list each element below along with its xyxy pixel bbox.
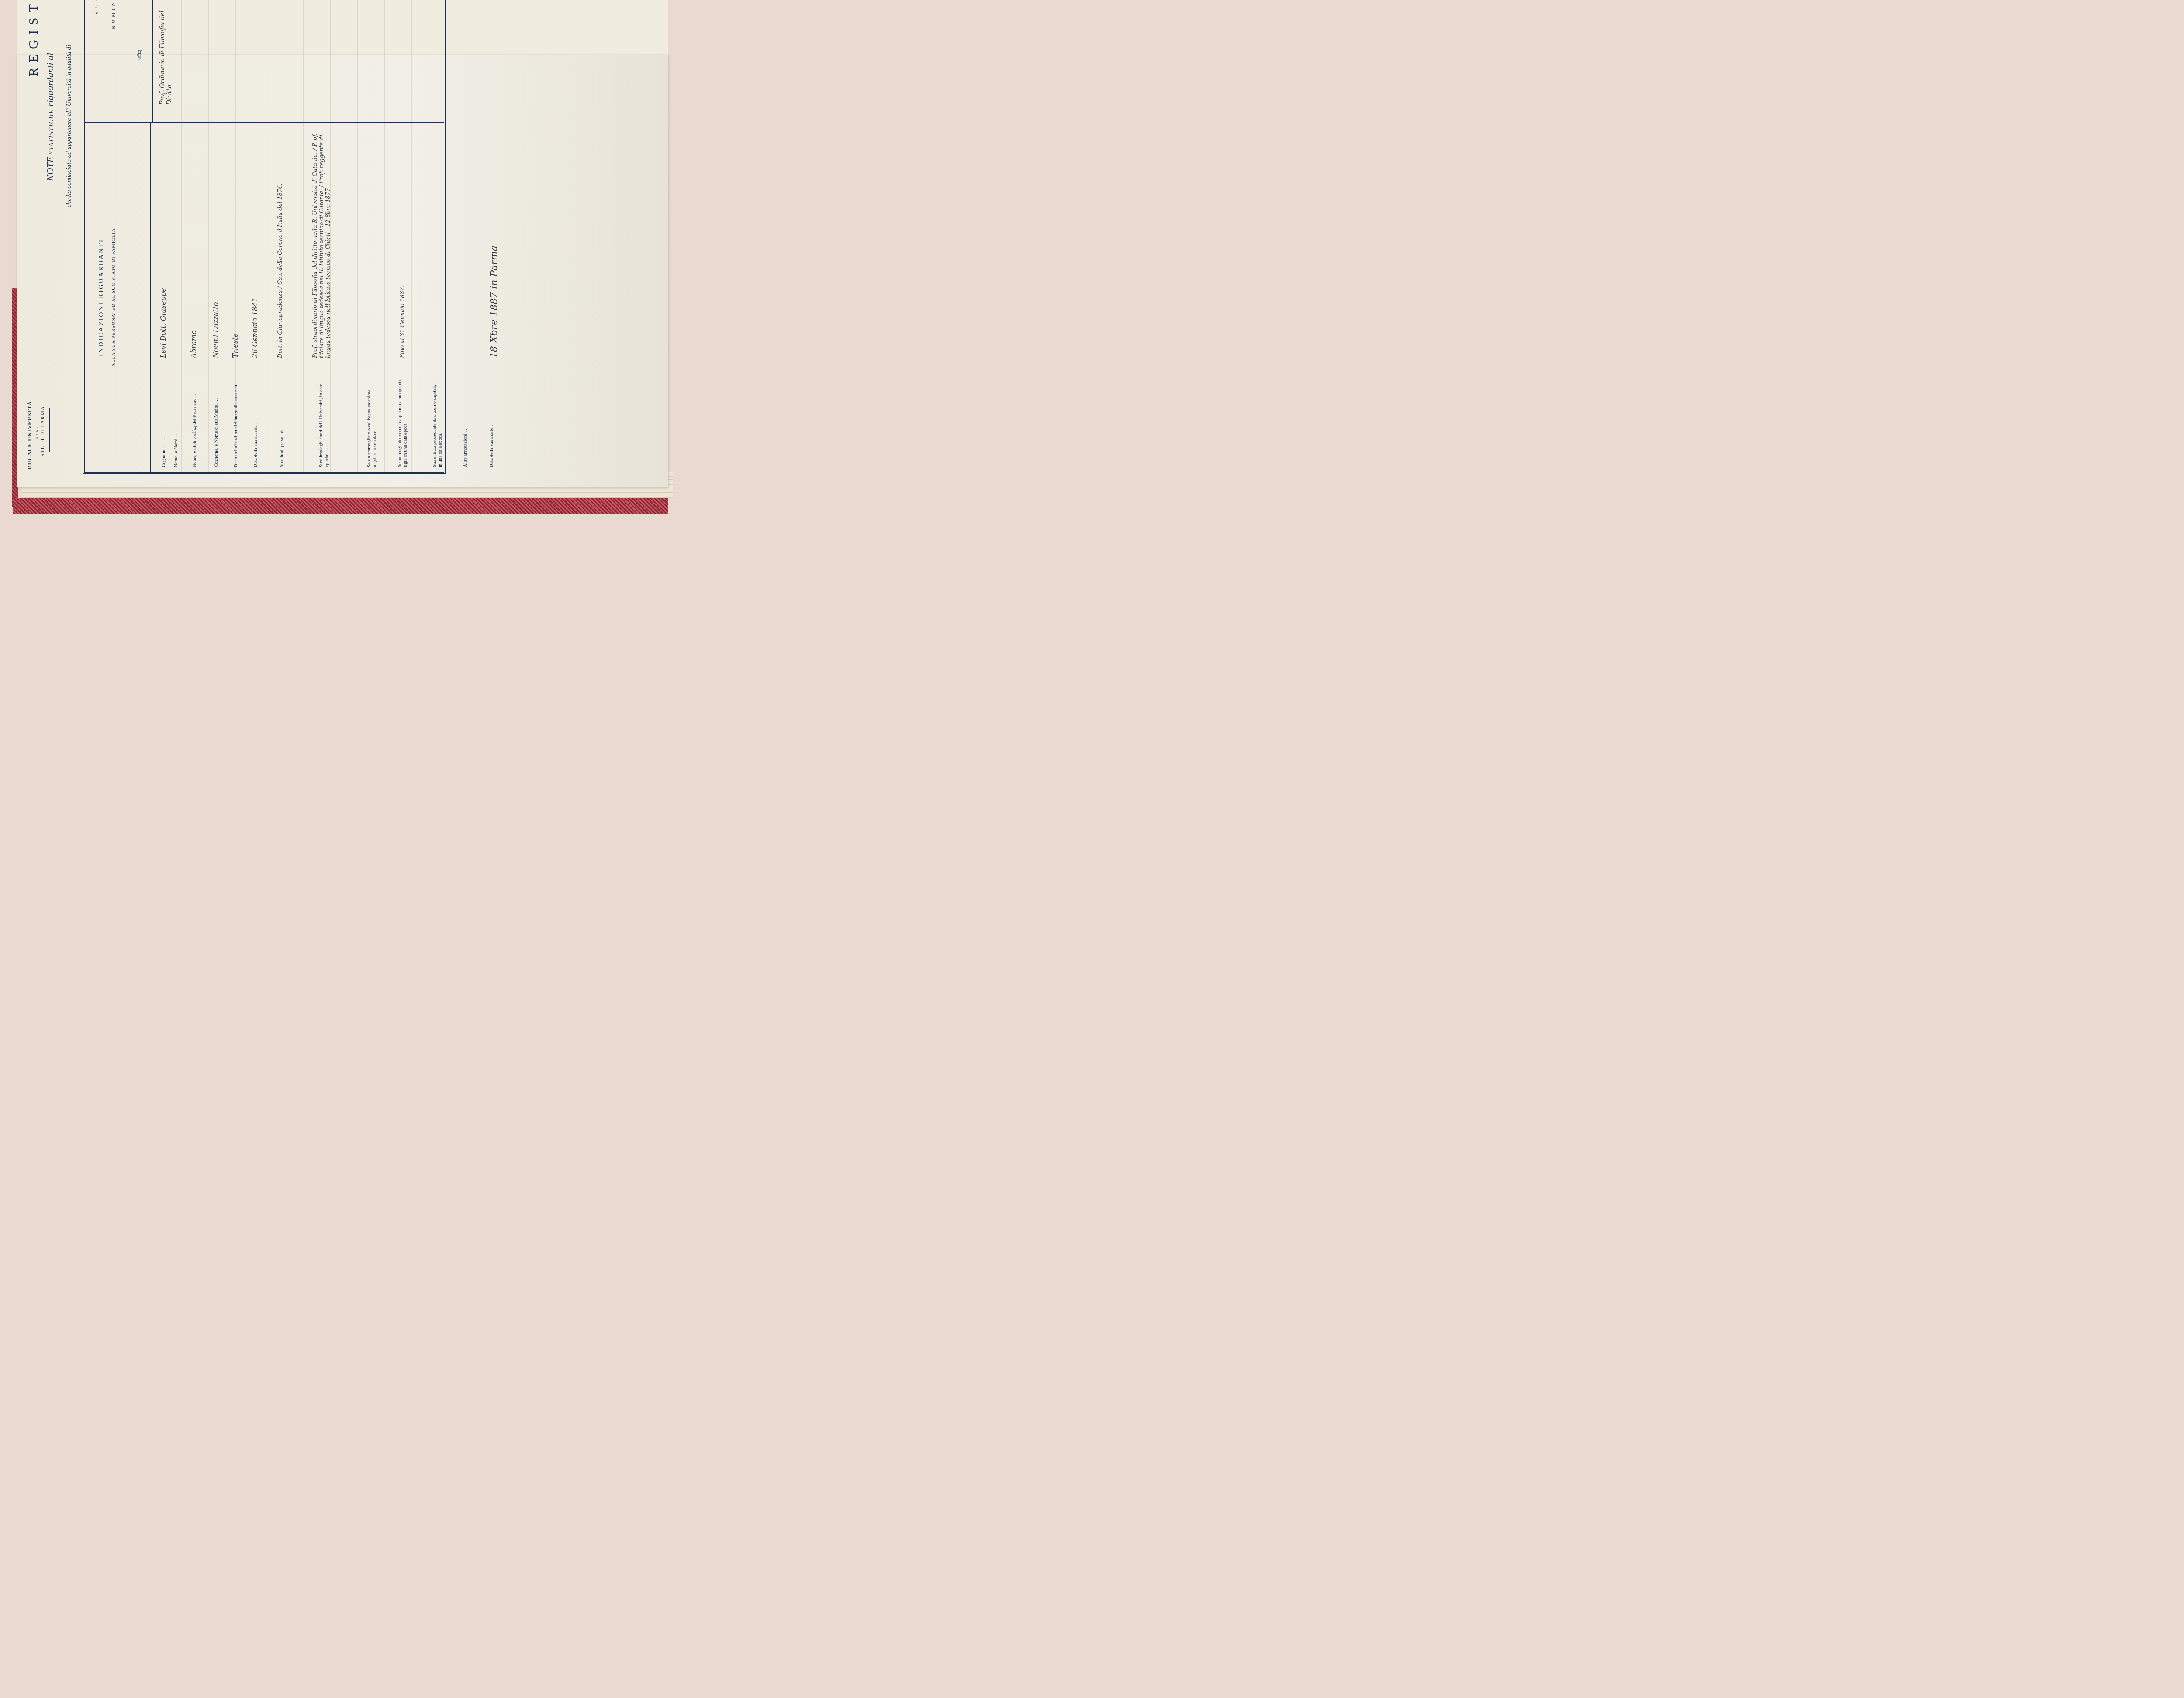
- label-entrata: Sua entrata procedente da stabili o capi…: [432, 380, 443, 467]
- value-titoli: Dott. in Giurisprudenza / Cav. della Cor…: [277, 131, 283, 358]
- value-luogo-nascita: Trieste: [231, 333, 239, 358]
- value-data-nascita: 26 Gennaio 1841: [251, 298, 259, 358]
- nomina-title: NOMINA AI MEDESIMI: [111, 0, 116, 109]
- label-morte: Data della sua morte .: [489, 425, 494, 467]
- register-form: DUCALE UNIVERSITÀ DEGLI STUDI DI PARMA R…: [17, 55, 668, 487]
- value-impieghi: Prof. straordinario di Filosofia del dir…: [312, 127, 332, 358]
- value-ammogliato: Fino al 31 Gennaio 1887.: [399, 286, 406, 358]
- entry-uffizj: Prof. Ordinario di Filosofia del Diritto: [159, 0, 173, 105]
- label-ammogliato: Se ammogliato, con chi / quando / con qu…: [397, 380, 408, 467]
- col-header-uffizj: Uffizj: [128, 0, 152, 109]
- note-prefix: NOTE: [45, 157, 55, 181]
- subtitle: che ha cominciato ad appartenere all' Un…: [66, 45, 73, 207]
- indicazioni-title: INDICAZIONI RIGUARDANTI: [98, 123, 105, 472]
- label-data-nascita: Data della sua nascita .: [253, 423, 259, 467]
- value-cognome: Levi Dott. Giuseppe: [159, 288, 167, 358]
- label-luogo-nascita: Distinta indicazione del luogo di sua na…: [233, 380, 239, 467]
- label-annotazioni: Altre annotazioni . .: [463, 429, 468, 467]
- value-padre: Abramo: [190, 330, 198, 358]
- label-stato-civile: Se sia ammogliato o celibe; se sacerdote…: [366, 380, 378, 467]
- section-rule: [150, 123, 151, 472]
- header-rule: [49, 408, 50, 452]
- indicazioni-section: INDICAZIONI RIGUARDANTI ALLA SUA PERSONA…: [85, 122, 444, 472]
- register-page: DUCALE UNIVERSITÀ DEGLI STUDI DI PARMA R…: [17, 55, 668, 487]
- institution-name: DUCALE UNIVERSITÀ: [26, 295, 33, 469]
- indicazioni-subtitle: ALLA SUA PERSONA' ED AL SUO STATO DI FAM…: [111, 123, 116, 472]
- note-small: STATISTICHE: [48, 109, 55, 155]
- note-suffix: riguardanti al: [45, 53, 55, 107]
- institution-city: STUDI DI PARMA: [40, 406, 45, 456]
- label-cognome: Cognome . . . . .: [161, 437, 167, 467]
- label-madre: Cognome, e Nome di sua Madre . . .: [214, 380, 219, 467]
- book-binding-cover: [13, 498, 668, 514]
- uffizi-header-rule: [152, 0, 153, 122]
- value-morte: 18 Xbre 1887 in Parma: [489, 245, 500, 358]
- label-titoli: Suoi titoli personali .: [279, 427, 285, 467]
- institution-degli: DEGLI: [35, 423, 38, 439]
- label-padre: Nome, e titoli o uffizj del Padre suo . …: [192, 380, 197, 467]
- note-heading: NOTE STATISTICHE riguardanti al: [45, 53, 56, 181]
- label-nome: Nome, o Nomi . . .: [173, 431, 179, 467]
- value-madre: Noemi Luzzatto: [211, 302, 220, 358]
- register-table: INDICAZIONI RIGUARDANTI ALLA SUA PERSONA…: [83, 0, 446, 474]
- label-impieghi: Suoi impieghi fuori dell' Università, in…: [318, 380, 330, 467]
- uffizi-title: SUOI UFFIZI: [93, 0, 100, 122]
- uffizi-section: SUOI UFFIZI NOMINA AI MEDESIMI Uffizj At…: [85, 0, 444, 122]
- register-title: REGISTRO: [26, 0, 41, 76]
